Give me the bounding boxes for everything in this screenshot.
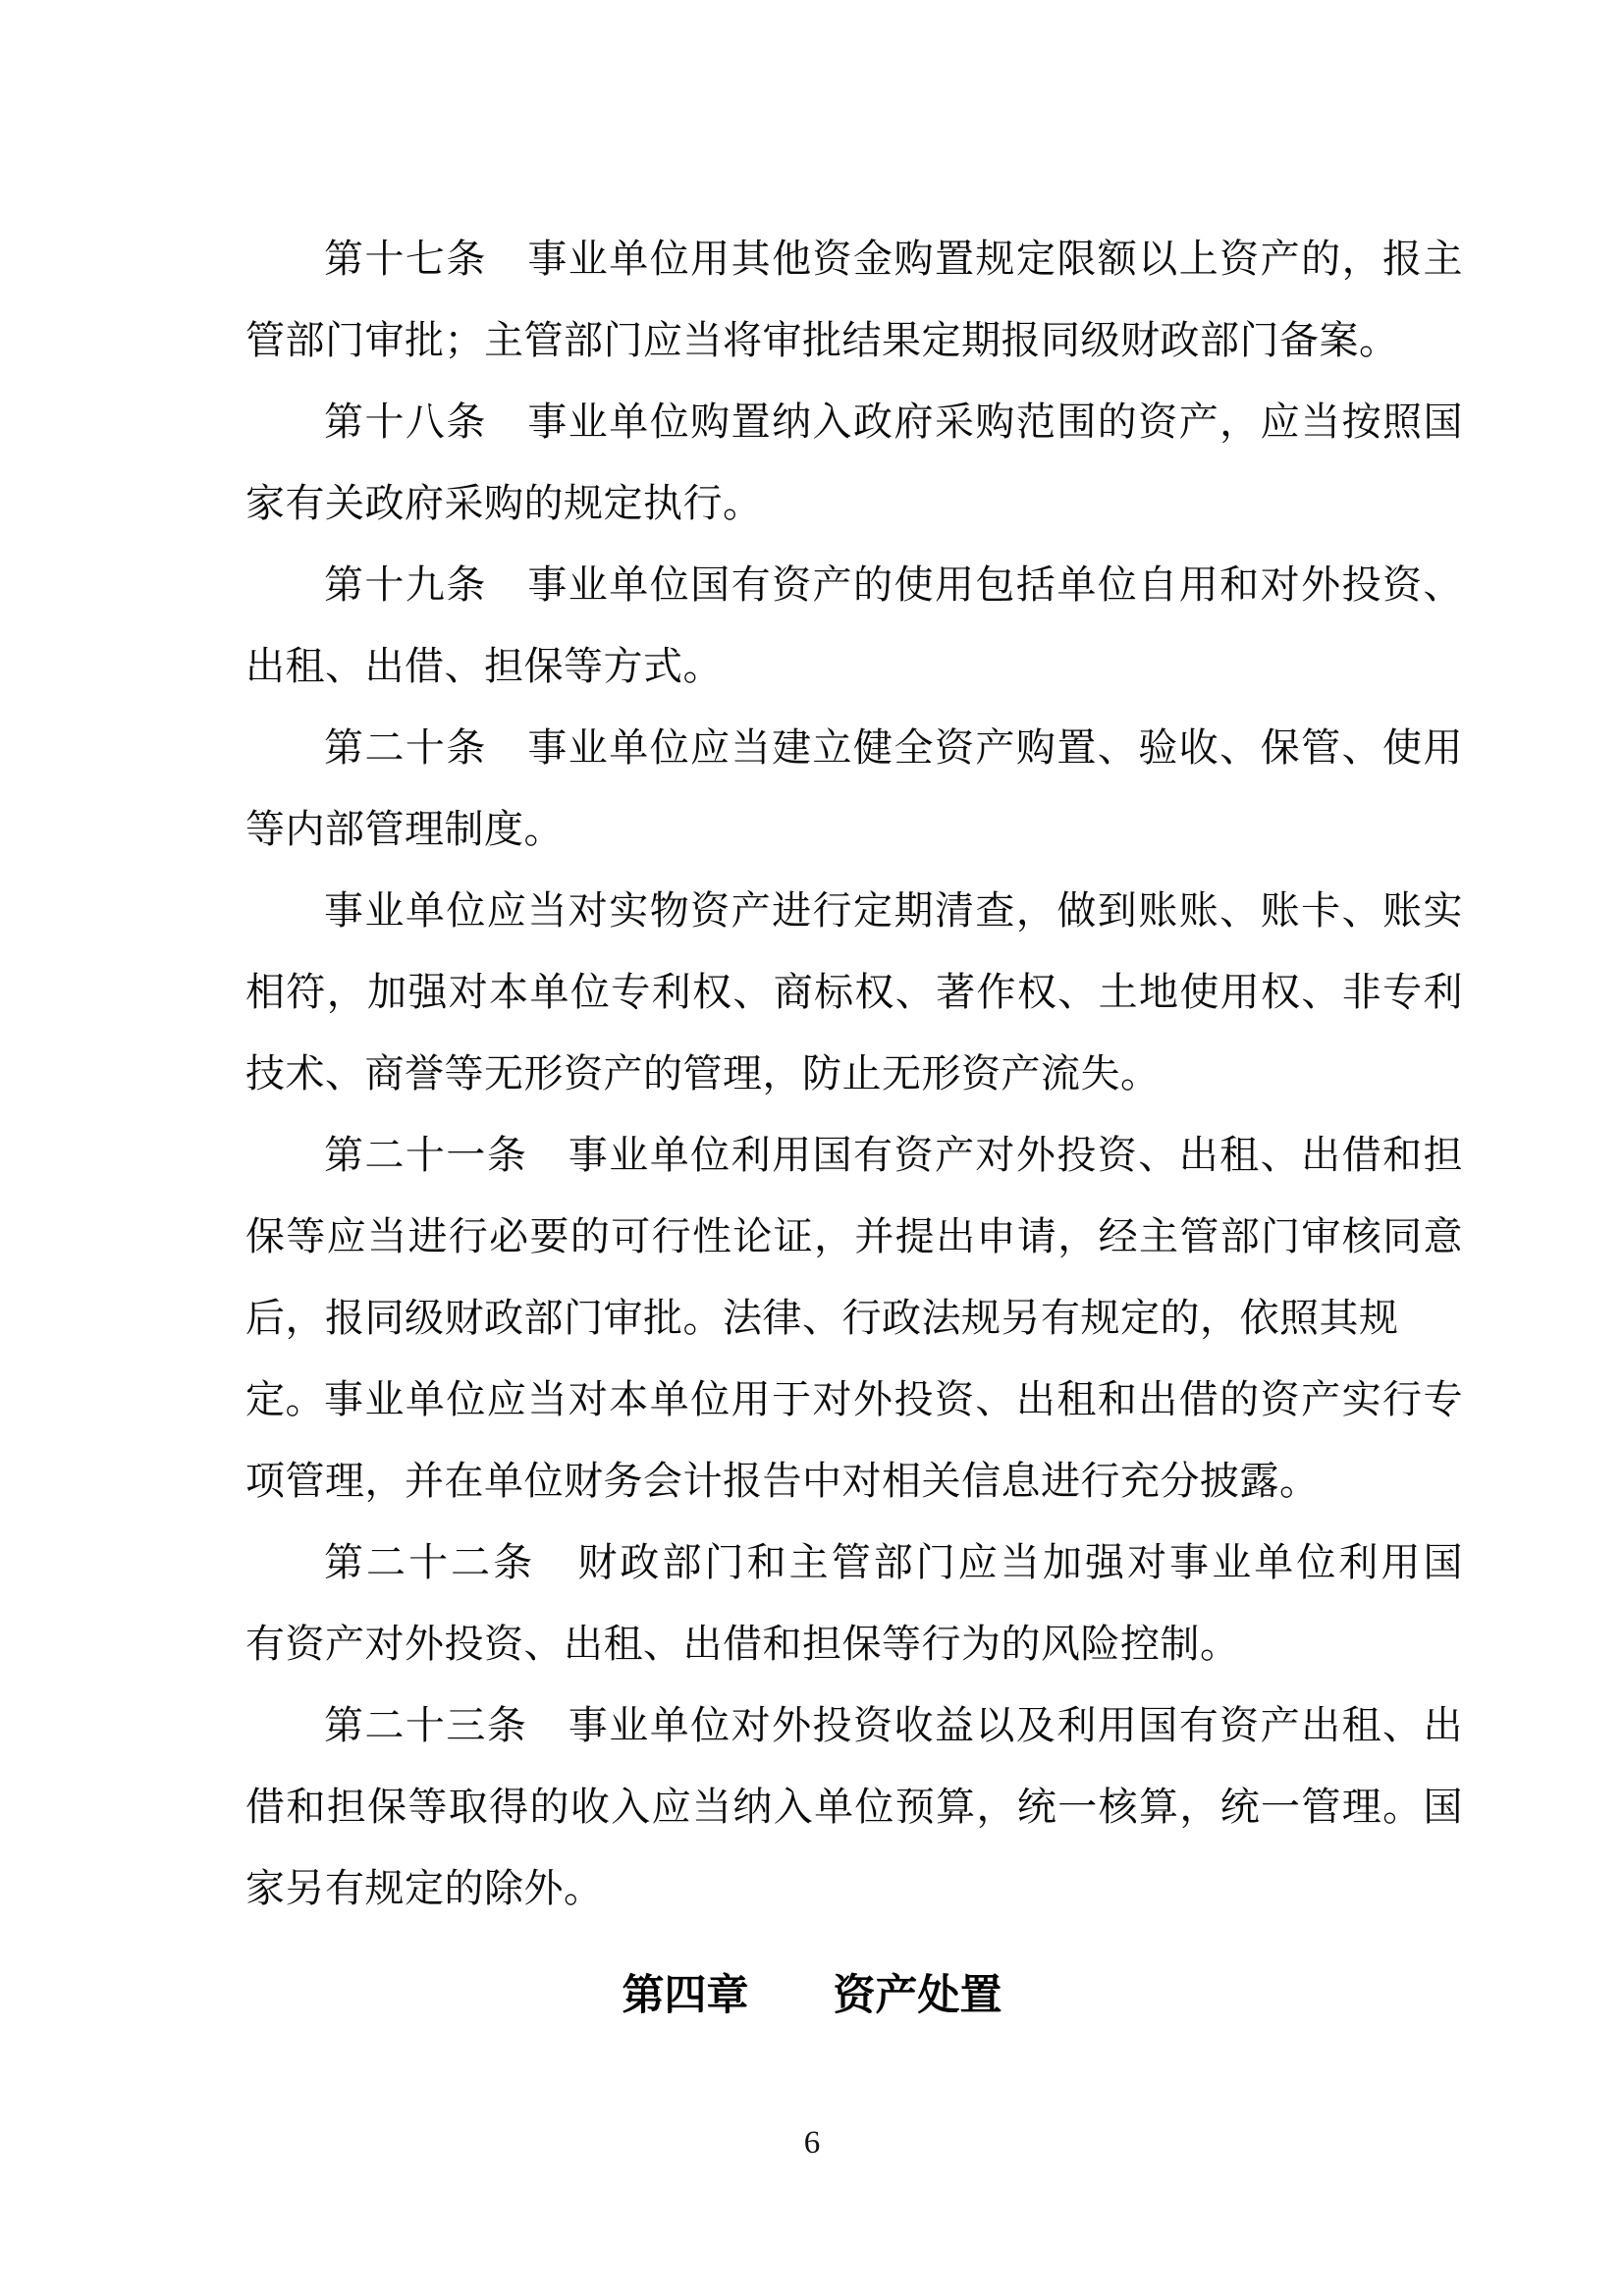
body-line: 管部门审批；主管部门应当将审批结果定期报同级财政部门备案。	[245, 299, 1463, 381]
body-line: 后，报同级财政部门审批。法律、行政法规另有规定的，依照其规定。	[245, 1277, 1463, 1359]
document-body: 第十七条 事业单位用其他资金购置规定限额以上资产的，报主 管部门审批；主管部门应…	[245, 218, 1463, 1929]
body-line: 项管理，并在单位财务会计报告中对相关信息进行充分披露。	[245, 1440, 1463, 1522]
body-line: 家另有规定的除外。	[245, 1847, 1463, 1929]
body-line: 第二十一条 事业单位利用国有资产对外投资、出租、出借和担	[245, 1114, 1463, 1196]
chapter-heading: 第四章 资产处置	[0, 1967, 1624, 2026]
body-line: 家有关政府采购的规定执行。	[245, 462, 1463, 544]
document-page: 第十七条 事业单位用其他资金购置规定限额以上资产的，报主 管部门审批；主管部门应…	[0, 0, 1624, 2296]
body-line: 事业单位应当对本单位用于对外投资、出租和出借的资产实行专	[245, 1359, 1463, 1440]
body-line: 借和担保等取得的收入应当纳入单位预算，统一核算，统一管理。国	[245, 1766, 1463, 1847]
body-line: 有资产对外投资、出租、出借和担保等行为的风险控制。	[245, 1603, 1463, 1684]
body-line: 第十八条 事业单位购置纳入政府采购范围的资产，应当按照国	[245, 381, 1463, 462]
body-line: 事业单位应当对实物资产进行定期清查，做到账账、账卡、账实	[245, 870, 1463, 951]
page-number: 6	[0, 2120, 1624, 2165]
body-line: 第十七条 事业单位用其他资金购置规定限额以上资产的，报主	[245, 218, 1463, 299]
body-line: 第二十二条 财政部门和主管部门应当加强对事业单位利用国	[245, 1522, 1463, 1603]
body-line: 保等应当进行必要的可行性论证，并提出申请，经主管部门审核同意	[245, 1196, 1463, 1277]
body-line: 第二十条 事业单位应当建立健全资产购置、验收、保管、使用	[245, 707, 1463, 788]
body-line: 第二十三条 事业单位对外投资收益以及利用国有资产出租、出	[245, 1684, 1463, 1766]
body-line: 技术、商誉等无形资产的管理，防止无形资产流失。	[245, 1033, 1463, 1114]
body-line: 相符，加强对本单位专利权、商标权、著作权、土地使用权、非专利	[245, 951, 1463, 1033]
body-line: 第十九条 事业单位国有资产的使用包括单位自用和对外投资、	[245, 544, 1463, 625]
body-line: 等内部管理制度。	[245, 788, 1463, 870]
body-line: 出租、出借、担保等方式。	[245, 625, 1463, 707]
